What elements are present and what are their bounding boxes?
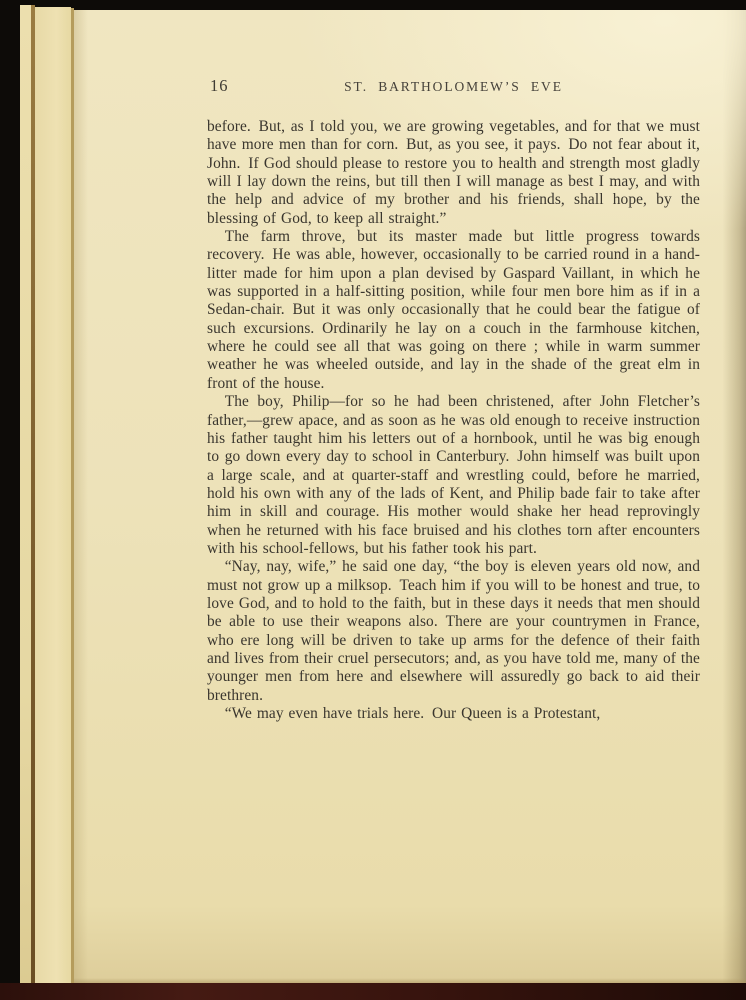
paragraph: The farm throve, but its master made but…: [207, 228, 700, 393]
book-cover-bottom-edge: [0, 983, 746, 1000]
running-title: ST. BARTHOLOMEW’S EVE: [207, 79, 700, 95]
paragraph: “Nay, nay, wife,” he said one day, “the …: [207, 558, 700, 705]
book-scan: 16 ST. BARTHOLOMEW’S EVE before. But, as…: [0, 0, 746, 1000]
page-stack-edge: [20, 5, 31, 984]
paragraph: before. But, as I told you, we are growi…: [207, 118, 700, 228]
page-header: 16 ST. BARTHOLOMEW’S EVE: [207, 76, 700, 100]
paragraph: The boy, Philip—for so he had been chris…: [207, 393, 700, 558]
book-page: 16 ST. BARTHOLOMEW’S EVE before. But, as…: [74, 10, 746, 983]
page-stack-edge: [35, 7, 71, 986]
page-text: before. But, as I told you, we are growi…: [207, 118, 700, 723]
paragraph: “We may even have trials here. Our Queen…: [207, 705, 700, 723]
